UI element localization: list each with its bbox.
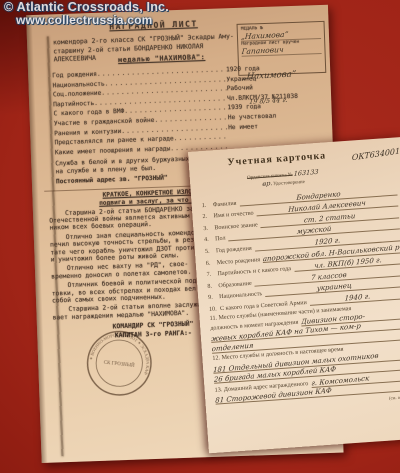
card-certificate-label: Удостоверение — [273, 180, 305, 187]
award-field-label: С какого года в ВМФ — [53, 108, 124, 117]
award-field-label: Соц.положение — [53, 90, 102, 99]
card-certificate-prefix: вр. — [262, 179, 272, 188]
item12-number: 12. — [212, 355, 220, 362]
card-item-number: 7. — [206, 271, 217, 278]
photo-background: НАГРАДНОЙ ЛИСТ комендора 2-го класса СК … — [0, 0, 400, 473]
card-item-number: 8. — [207, 283, 218, 290]
card-item-number: 6. — [206, 260, 217, 267]
card-item-number: 4. — [204, 237, 215, 244]
watermark: © Atlantic Crossroads, Inc. www.collectr… — [4, 1, 169, 27]
card-items: 1. Фамилия Бондаренко 2. Имя и отчество … — [201, 184, 400, 313]
item11-number: 11. — [209, 315, 217, 322]
award-field-label: Партийность — [53, 100, 94, 108]
dotted-leader — [154, 114, 228, 124]
award-field-label: Национальность — [52, 80, 104, 89]
watermark-line2: www.collectrussia.com — [16, 14, 169, 27]
card-item-value: 1940 г. — [344, 292, 370, 302]
round-unit-stamp: ✶ ВОЕННО-МОРСКОЙ ФЛОТ ✶ ЭСКАДРА КАФ СК Г… — [83, 327, 156, 400]
award-field-label: Год рождения — [52, 71, 97, 80]
card-item-number: 10. — [209, 306, 220, 313]
card-item-number: 1. — [202, 202, 213, 209]
record-card-document: Учетная карточка ОКТ634001 Орденская кни… — [188, 137, 400, 453]
card-item-label: Пол — [215, 236, 226, 243]
card-item-number: 9. — [208, 295, 219, 302]
stamp-graphic: ✶ ВОЕННО-МОРСКОЙ ФЛОТ ✶ ЭСКАДРА КАФ СК Г… — [83, 327, 156, 400]
card-item-number: 2. — [202, 214, 213, 221]
dotted-leader — [174, 133, 229, 142]
card-item-value: 1920 г. — [314, 236, 340, 246]
card-item-number: 5. — [205, 248, 216, 255]
issue-box-signature: Гапанович — [241, 46, 284, 57]
item13-number: 13. — [214, 387, 222, 394]
card-item-number: 3. — [203, 225, 214, 232]
award-field-label: Ранения и контузии — [54, 128, 121, 137]
card-item-value: мужской — [296, 225, 331, 236]
card-footnote: (см. обор.) — [389, 394, 400, 400]
card-item-value: украинец — [317, 282, 352, 293]
card-item-value: 7 классов — [311, 271, 347, 282]
stamp-center-text: СК ГРОЗНЫЙ — [103, 360, 135, 369]
item11-handwritten-3: отделения — [212, 341, 254, 353]
